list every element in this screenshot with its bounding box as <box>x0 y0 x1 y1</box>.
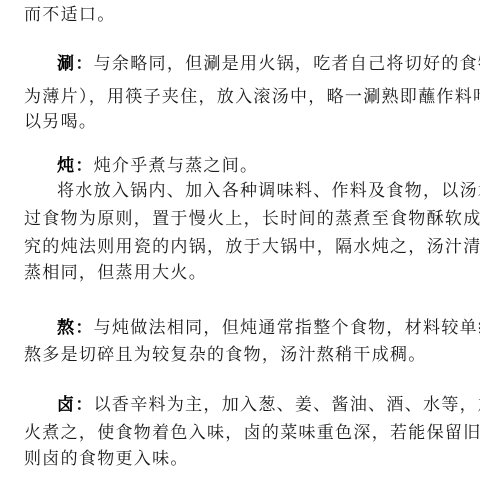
term-ao: 熬 <box>57 318 75 338</box>
term-lu: 卤 <box>57 395 75 415</box>
dun-text-1: 炖介乎煮与蒸之间。 <box>94 156 259 176</box>
term-colon: ： <box>75 54 93 74</box>
intro-tail-line: 而不适口。 <box>24 5 480 25</box>
shuan-text-1: 与余略同，但涮是用火锅，吃者自己将切好的食物（多 <box>94 54 480 74</box>
term-shuan: 涮 <box>57 54 75 74</box>
shuan-definition-line-2: 为薄片），用筷子夹住，放入滚汤中，略一涮熟即蘸作料吃，汤可 <box>24 87 480 107</box>
term-colon: ： <box>75 318 93 338</box>
shuan-definition-line-3: 以另喝。 <box>24 112 480 132</box>
shuan-definition-line-1: 涮：与余略同，但涮是用火锅，吃者自己将切好的食物（多 <box>57 54 480 74</box>
dun-paragraph-line-1: 将水放入锅内、加入各种调味料、作料及食物，以汤水不漫 <box>57 181 480 201</box>
dun-definition-line-1: 炖：炖介乎煮与蒸之间。 <box>57 156 480 176</box>
document-page: 而不适口。 涮：与余略同，但涮是用火锅，吃者自己将切好的食物（多 为薄片），用筷… <box>0 0 499 477</box>
ao-text-1: 与炖做法相同，但炖通常指整个食物，材料较单纯，而 <box>94 318 480 338</box>
ao-definition-line-2: 熬多是切碎且为较复杂的食物，汤汁熬稍干成稠。 <box>24 345 480 365</box>
lu-definition-line-3: 则卤的食物更入味。 <box>24 449 480 469</box>
lu-text-1: 以香辛料为主，加入葱、姜、酱油、酒、水等，加入食物慢 <box>94 395 480 415</box>
dun-paragraph-line-4: 蒸相同，但蒸用大火。 <box>24 263 480 283</box>
term-dun: 炖 <box>57 156 75 176</box>
term-colon: ： <box>75 395 93 415</box>
ao-definition-line-1: 熬：与炖做法相同，但炖通常指整个食物，材料较单纯，而 <box>57 318 480 338</box>
term-colon: ： <box>75 156 93 176</box>
dun-paragraph-line-3: 究的炖法则用瓷的内锅，放于大锅中，隔水炖之，汤汁清鲜，与 <box>24 237 480 257</box>
lu-definition-line-2: 火煮之，使食物着色入味，卤的菜味重色深，若能保留旧卤汁， <box>24 423 480 443</box>
lu-definition-line-1: 卤：以香辛料为主，加入葱、姜、酱油、酒、水等，加入食物慢 <box>57 395 480 415</box>
dun-paragraph-line-2: 过食物为原则，置于慢火上，长时间的蒸煮至食物酥软成熟，考 <box>24 209 480 229</box>
